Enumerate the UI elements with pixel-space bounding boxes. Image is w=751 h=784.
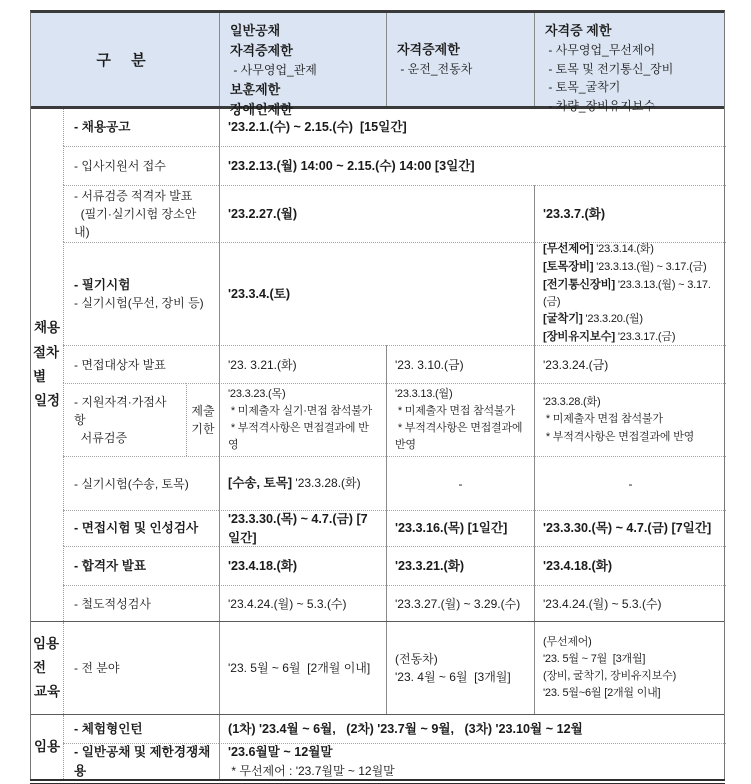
text-line: - 사무영업_관제 — [230, 61, 376, 80]
text-line: - 토목 및 전기통신_장비 — [545, 60, 716, 79]
row-label-cell: - 면접대상자 발표 — [63, 345, 219, 383]
text-line: '23.3.24.(금) — [543, 356, 718, 374]
text-segment: 자격증제한 — [230, 43, 293, 58]
text-segment: '23.3.21.(화) — [395, 559, 464, 573]
value-cell: '23.3.30.(목) ~ 4.7.(금) [7일간] — [534, 510, 726, 546]
row-label-cell: - 서류검증 적격자 발표 (필기·실기시험 장소안내) — [63, 185, 219, 242]
text-segment: - — [629, 477, 633, 491]
text-line: 자격증 제한 — [545, 21, 716, 41]
text-line: '23.2.27.(월) — [228, 205, 526, 224]
text-line: '23. 4월 ~ 6월 [3개월] — [395, 668, 526, 686]
text-segment: [수송, 토목] — [228, 476, 292, 490]
text-line: '23. 5월 ~ 6월 [2개월 이내] — [228, 659, 378, 677]
text-line: - — [629, 475, 633, 493]
text-segment: '23.3.30.(목) ~ 4.7.(금) [7일간] — [228, 512, 368, 545]
text-segment: - 실기시험(수송, 토목) — [74, 477, 189, 491]
text-segment: 자격증 제한 — [545, 23, 611, 38]
text-line: - 실기시험(무선, 장비 등) — [74, 294, 211, 312]
text-segment: '23.3.13.(월) ~ 3.17.(금) — [593, 261, 706, 273]
row-label-cell: - 전 분야 — [63, 622, 219, 714]
row-label-cell: - 필기시험- 실기시험(무선, 장비 등) — [63, 242, 219, 345]
value-cell: '23.3.16.(목) [1일간] — [386, 510, 534, 546]
section-label: 임용전교육 — [31, 622, 63, 714]
text-line: - 채용공고 — [74, 118, 211, 137]
text-segment: * 부적격사항은 면접결과에 반영 — [228, 422, 369, 451]
text-segment: '23.3.27.(월) ~ 3.29.(수) — [395, 597, 520, 611]
text-segment: '23.4.24.(월) ~ 5.3.(수) — [228, 597, 347, 611]
text-line: - 서류검증 적격자 발표 — [74, 187, 211, 205]
text-segment: * 미제출자 면접 참석불가 — [543, 413, 663, 425]
section-label-line: 임용 — [34, 735, 60, 759]
header-track-cell: 일반공채자격증제한 - 사무영업_관제보훈제한장애인제한 — [219, 13, 386, 106]
text-line: '23. 3.21.(화) — [228, 356, 378, 374]
text-line: (1차) '23.4월 ~ 6월, (2차) '23.7월 ~ 9월, (3차)… — [228, 720, 718, 739]
sub-label-line: 제출 — [191, 402, 214, 420]
text-line: - 일반공채 및 제한경쟁채용 — [74, 743, 211, 781]
text-line: '23.4.18.(화) — [228, 557, 378, 576]
text-segment: '23. 3.21.(화) — [228, 358, 297, 372]
text-segment: - 면접시험 및 인성검사 — [74, 521, 198, 535]
text-line: '23.4.18.(화) — [543, 557, 718, 576]
text-line: '23.4.24.(월) ~ 5.3.(수) — [543, 595, 718, 613]
text-segment: '23.3.13.(월) — [395, 388, 452, 400]
text-line: - 체험형인턴 — [74, 720, 211, 739]
text-line: '23.2.1.(수) ~ 2.15.(수) [15일간] — [228, 118, 718, 137]
text-segment: '23.3.23.(목) — [228, 388, 285, 400]
text-segment: - 지원자격·가점사항 — [74, 395, 166, 427]
text-line: '23. 3.10.(금) — [395, 356, 526, 374]
text-segment: '23.3.24.(금) — [543, 358, 608, 372]
text-line: '23. 5월~6월 [2개월 이내] — [543, 685, 718, 702]
row-label-cell: - 철도적성검사 — [63, 585, 219, 621]
value-cell: '23.4.18.(화) — [534, 546, 726, 585]
row-label-cell: - 채용공고 — [63, 109, 219, 146]
text-line: - 면접대상자 발표 — [74, 356, 211, 374]
text-segment: (필기·실기시험 장소안내) — [74, 207, 196, 239]
text-segment: - 사무영업_관제 — [230, 63, 317, 77]
sub-label-line: 기한 — [191, 420, 214, 438]
value-cell: '23.2.1.(수) ~ 2.15.(수) [15일간] — [219, 109, 726, 146]
text-segment: [전기통신장비] — [543, 279, 615, 291]
submit-deadline-cell: 제출기한 — [186, 383, 219, 456]
text-line: - 면접시험 및 인성검사 — [74, 519, 211, 538]
text-line: '23.3.28.(화) — [543, 394, 718, 411]
text-segment: 보훈제한 — [230, 82, 280, 97]
text-line: '23.6월말 ~ 12월말 — [228, 743, 718, 762]
value-cell: '23.2.27.(월) — [219, 185, 534, 242]
text-segment: - 토목_굴착기 — [545, 80, 620, 94]
value-cell: '23.3.27.(월) ~ 3.29.(수) — [386, 585, 534, 621]
text-line: 자격증제한 — [230, 41, 376, 61]
text-line: '23. 5월 ~ 7월 [3개월] — [543, 651, 718, 668]
text-line: '23.3.27.(월) ~ 3.29.(수) — [395, 595, 526, 613]
text-line: (전동차) — [395, 650, 526, 668]
text-segment: (전동차) — [395, 652, 438, 666]
header-track-cell: 자격증 제한 - 사무영업_무선제어 - 토목 및 전기통신_장비 - 토목_굴… — [534, 13, 726, 106]
text-segment: '23. 5월 ~ 6월 [2개월 이내] — [228, 661, 370, 675]
text-line: '23.3.21.(화) — [395, 557, 526, 576]
text-segment: - 일반공채 및 제한경쟁채용 — [74, 745, 210, 778]
text-line: [전기통신장비] '23.3.13.(월) ~ 3.17.(금) — [543, 277, 718, 312]
text-line: '23.3.30.(목) ~ 4.7.(금) [7일간] — [228, 510, 378, 548]
value-cell: '23.3.21.(화) — [386, 546, 534, 585]
text-segment: - 필기시험 — [74, 278, 130, 292]
text-line: '23.3.7.(화) — [543, 205, 718, 224]
text-line: [수송, 토목] '23.3.28.(화) — [228, 474, 378, 493]
section-label-line: 채용 — [34, 316, 60, 340]
text-line: - 전 분야 — [74, 659, 211, 677]
text-line: * 부적격사항은 면접결과에 반영 — [395, 420, 526, 454]
row-label-cell: - 체험형인턴 — [63, 715, 219, 743]
text-line: '23.3.16.(목) [1일간] — [395, 519, 526, 538]
value-cell: '23.3.4.(토) — [219, 242, 534, 345]
text-segment: 자격증제한 — [397, 42, 460, 57]
text-line: '23.2.13.(월) 14:00 ~ 2.15.(수) 14:00 [3일간… — [228, 157, 718, 176]
text-segment: - 입사지원서 접수 — [74, 159, 166, 173]
text-line: 일반공채 — [230, 21, 376, 41]
text-line: '23.4.24.(월) ~ 5.3.(수) — [228, 595, 378, 613]
text-segment: [무선제어] — [543, 243, 593, 255]
value-cell: (1차) '23.4월 ~ 6월, (2차) '23.7월 ~ 9월, (3차)… — [219, 715, 726, 743]
section: 채용절차별일정- 채용공고'23.2.1.(수) ~ 2.15.(수) [15일… — [31, 109, 724, 621]
text-segment: '23. 4월 ~ 6월 [3개월] — [395, 670, 511, 684]
section-label-line: 일정 — [34, 389, 60, 413]
text-line: '23.3.23.(목) — [228, 386, 378, 403]
table-header: 구 분일반공채자격증제한 - 사무영업_관제보훈제한장애인제한자격증제한 - 운… — [31, 13, 724, 109]
header-category-label: 구 분 — [96, 49, 153, 70]
section-label-line: 교육 — [34, 680, 60, 704]
header-track-cell: 자격증제한 - 운전_전동차 — [386, 13, 534, 106]
text-segment: '23. 3.10.(금) — [395, 358, 464, 372]
text-line: [굴착기] '23.3.20.(월) — [543, 311, 718, 329]
header-category-cell: 구 분 — [31, 13, 219, 106]
text-line: * 미제출자 면접 참석불가 — [395, 403, 526, 420]
value-cell: '23.3.7.(화) — [534, 185, 726, 242]
text-segment: '23.3.16.(목) [1일간] — [395, 521, 507, 535]
text-segment: '23.3.17.(금) — [615, 331, 675, 343]
text-line: '23.3.4.(토) — [228, 285, 526, 304]
text-line: * 무선제어 : '23.7월말 ~ 12월말 — [228, 762, 718, 780]
value-cell: - — [534, 456, 726, 510]
text-segment: '23.2.27.(월) — [228, 207, 297, 221]
text-line: '23.3.13.(월) — [395, 386, 526, 403]
text-segment: - 토목 및 전기통신_장비 — [545, 62, 673, 76]
text-segment: '23.6월말 ~ 12월말 — [228, 745, 333, 759]
text-segment: '23.3.4.(토) — [228, 287, 290, 301]
text-segment: '23.4.24.(월) ~ 5.3.(수) — [543, 597, 662, 611]
text-line: - 필기시험 — [74, 276, 211, 295]
text-segment: [굴착기] — [543, 313, 583, 325]
text-segment: - 실기시험(무선, 장비 등) — [74, 296, 204, 310]
text-segment: [장비유지보수] — [543, 331, 615, 343]
text-line: * 부적격사항은 면접결과에 반영 — [543, 429, 718, 446]
value-cell: [무선제어] '23.3.14.(화)[토목장비] '23.3.13.(월) ~… — [534, 242, 726, 345]
value-cell: '23. 3.10.(금) — [386, 345, 534, 383]
value-cell: '23.3.30.(목) ~ 4.7.(금) [7일간] — [219, 510, 386, 546]
text-segment: * 미제출자 면접 참석불가 — [395, 405, 515, 417]
value-cell: '23.3.28.(화) * 미제출자 면접 참석불가 * 부적격사항은 면접결… — [534, 383, 726, 456]
value-cell: '23.3.23.(목) * 미제출자 실기·면접 참석불가 * 부적격사항은 … — [219, 383, 386, 456]
text-segment: '23.3.28.(화) — [292, 476, 361, 490]
row-label-cell: - 일반공채 및 제한경쟁채용 — [63, 743, 219, 779]
text-line: - 사무영업_무선제어 — [545, 41, 716, 60]
value-cell: (무선제어)'23. 5월 ~ 7월 [3개월](장비, 굴착기, 장비유지보수… — [534, 622, 726, 714]
text-segment: '23.3.14.(화) — [593, 243, 653, 255]
text-segment: '23.2.13.(월) 14:00 ~ 2.15.(수) 14:00 [3일간… — [228, 159, 475, 173]
value-cell: '23.3.24.(금) — [534, 345, 726, 383]
text-segment: * 무선제어 : '23.7월말 ~ 12월말 — [228, 764, 395, 778]
text-segment: '23.3.7.(화) — [543, 207, 605, 221]
text-segment: * 미제출자 실기·면접 참석불가 — [228, 405, 372, 417]
text-line: - 운전_전동차 — [397, 60, 524, 79]
text-line: 서류검증 — [74, 429, 178, 447]
text-line: * 미제출자 면접 참석불가 — [543, 411, 718, 428]
text-segment: * 부적격사항은 면접결과에 반영 — [395, 422, 525, 451]
section-label-line: 임용전 — [33, 632, 61, 681]
text-segment: - 체험형인턴 — [74, 722, 143, 736]
recruitment-schedule-document: 구 분일반공채자격증제한 - 사무영업_관제보훈제한장애인제한자격증제한 - 운… — [30, 10, 725, 784]
text-segment: '23. 5월 ~ 7월 [3개월] — [543, 653, 645, 665]
value-cell: - — [386, 456, 534, 510]
text-line: [토목장비] '23.3.13.(월) ~ 3.17.(금) — [543, 259, 718, 277]
text-segment: - 면접대상자 발표 — [74, 358, 166, 372]
text-segment: - 서류검증 적격자 발표 — [74, 189, 192, 203]
text-segment: 일반공채 — [230, 23, 280, 38]
value-cell: '23.6월말 ~ 12월말 * 무선제어 : '23.7월말 ~ 12월말 — [219, 743, 726, 779]
text-line: (필기·실기시험 장소안내) — [74, 205, 211, 241]
row-label-cell: - 실기시험(수송, 토목) — [63, 456, 219, 510]
text-segment: [토목장비] — [543, 261, 593, 273]
text-line: - 실기시험(수송, 토목) — [74, 475, 211, 493]
value-cell: '23. 5월 ~ 6월 [2개월 이내] — [219, 622, 386, 714]
value-cell: (전동차)'23. 4월 ~ 6월 [3개월] — [386, 622, 534, 714]
value-cell: '23.3.13.(월) * 미제출자 면접 참석불가 * 부적격사항은 면접결… — [386, 383, 534, 456]
text-segment: - 운전_전동차 — [397, 62, 472, 76]
text-segment: (1차) '23.4월 ~ 6월, (2차) '23.7월 ~ 9월, (3차)… — [228, 722, 583, 736]
text-line: - 토목_굴착기 — [545, 78, 716, 97]
text-segment: - 철도적성검사 — [74, 597, 151, 611]
text-segment: (장비, 굴착기, 장비유지보수) — [543, 670, 676, 682]
text-segment: - 사무영업_무선제어 — [545, 43, 655, 57]
text-line: - 철도적성검사 — [74, 595, 211, 613]
text-line: - — [459, 475, 463, 493]
value-cell: '23.4.18.(화) — [219, 546, 386, 585]
text-line: 자격증제한 — [397, 40, 524, 60]
section-label: 임용 — [31, 715, 63, 779]
section-label: 채용절차별일정 — [31, 109, 63, 621]
text-segment: - — [459, 477, 463, 491]
row-label-cell: - 면접시험 및 인성검사 — [63, 510, 219, 546]
value-cell: '23.4.24.(월) ~ 5.3.(수) — [534, 585, 726, 621]
section: 임용- 체험형인턴(1차) '23.4월 ~ 6월, (2차) '23.7월 ~… — [31, 714, 724, 779]
text-segment: (무선제어) — [543, 636, 592, 648]
value-cell: '23. 3.21.(화) — [219, 345, 386, 383]
text-segment: '23.4.18.(화) — [543, 559, 612, 573]
text-line: - 입사지원서 접수 — [74, 157, 211, 175]
text-line: * 미제출자 실기·면접 참석불가 — [228, 403, 378, 420]
text-line: - 합격자 발표 — [74, 557, 211, 576]
text-segment: - 합격자 발표 — [74, 559, 146, 573]
row-label-cell: - 합격자 발표 — [63, 546, 219, 585]
text-segment: 서류검증 — [74, 431, 127, 445]
row-label-cell: - 지원자격·가점사항 서류검증 — [63, 383, 186, 456]
row-label-cell: - 입사지원서 접수 — [63, 146, 219, 185]
text-segment: '23.2.1.(수) ~ 2.15.(수) [15일간] — [228, 120, 407, 134]
text-line: '23.3.30.(목) ~ 4.7.(금) [7일간] — [543, 519, 718, 538]
value-cell: '23.2.13.(월) 14:00 ~ 2.15.(수) 14:00 [3일간… — [219, 146, 726, 185]
text-segment: * 부적격사항은 면접결과에 반영 — [543, 431, 694, 443]
text-segment: - 채용공고 — [74, 120, 130, 134]
recruitment-schedule-table: 구 분일반공채자격증제한 - 사무영업_관제보훈제한장애인제한자격증제한 - 운… — [30, 10, 725, 779]
text-line: (장비, 굴착기, 장비유지보수) — [543, 668, 718, 685]
value-cell: [수송, 토목] '23.3.28.(화) — [219, 456, 386, 510]
text-segment: '23.3.28.(화) — [543, 396, 600, 408]
text-segment: - 전 분야 — [74, 661, 119, 675]
text-line: - 지원자격·가점사항 — [74, 393, 178, 429]
section: 임용전교육- 전 분야'23. 5월 ~ 6월 [2개월 이내](전동차)'23… — [31, 621, 724, 714]
text-line: [무선제어] '23.3.14.(화) — [543, 241, 718, 259]
text-segment: '23. 5월~6월 [2개월 이내] — [543, 687, 660, 699]
text-segment: '23.4.18.(화) — [228, 559, 297, 573]
text-segment: '23.3.20.(월) — [583, 313, 643, 325]
text-segment: '23.3.30.(목) ~ 4.7.(금) [7일간] — [543, 521, 711, 535]
text-line: (무선제어) — [543, 634, 718, 651]
section-label-line: 절차별 — [33, 341, 61, 390]
value-cell: '23.4.24.(월) ~ 5.3.(수) — [219, 585, 386, 621]
text-line: * 부적격사항은 면접결과에 반영 — [228, 420, 378, 454]
text-line: 보훈제한 — [230, 80, 376, 100]
